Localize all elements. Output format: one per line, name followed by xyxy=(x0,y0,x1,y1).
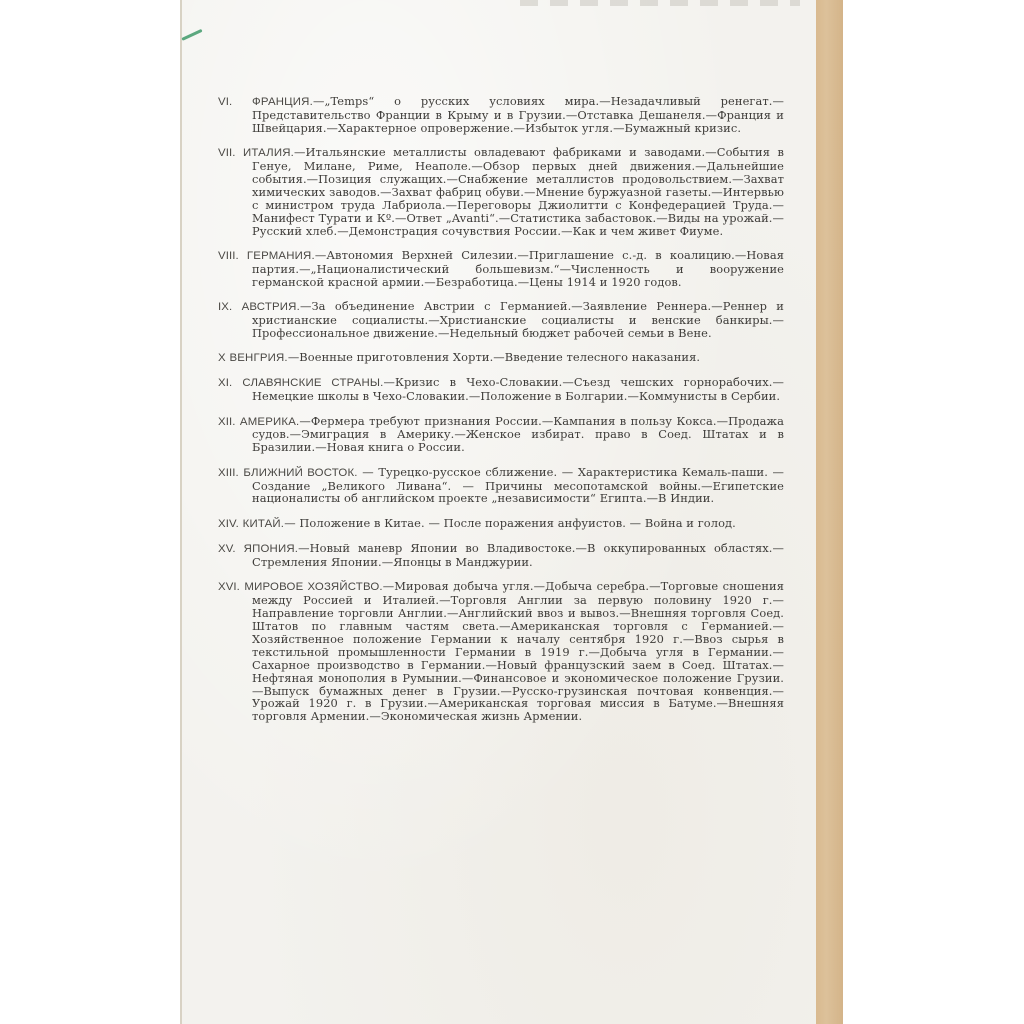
section-number: IX. xyxy=(218,301,232,313)
toc-entry-austria: IX. АВСТРИЯ.—За объединение Австрии с Ге… xyxy=(218,300,784,340)
section-number: XIII. xyxy=(218,467,239,479)
section-topics: —Фермера требуют признания России.—Кампа… xyxy=(252,414,784,455)
bleed-through-text xyxy=(520,0,800,6)
toc-entry-slavic-countries: XI. СЛАВЯНСКИЕ СТРАНЫ.—Кризис в Чехо-Сло… xyxy=(218,376,784,403)
toc-entry-china: XIV. КИТАЙ.— Положение в Китае. — После … xyxy=(218,517,784,531)
section-topics: —„Temps“ о русских условиях мира.—Незада… xyxy=(252,94,784,135)
section-title: СЛАВЯНСКИЕ СТРАНЫ. xyxy=(242,377,383,389)
section-topics: —Военные приготовления Хорти.—Введение т… xyxy=(288,350,700,364)
section-topics: —Новый маневр Японии во Владивостоке.—В … xyxy=(252,541,784,569)
section-title: ГЕРМАНИЯ. xyxy=(247,250,315,262)
section-number: XI. xyxy=(218,377,232,389)
section-title: АМЕРИКА. xyxy=(240,416,299,428)
page-edge xyxy=(180,0,182,1024)
toc-entry-hungary: X ВЕНГРИЯ.—Военные приготовления Хорти.—… xyxy=(218,351,784,365)
section-title: ВЕНГРИЯ. xyxy=(229,352,287,364)
toc-entry-america: XII. АМЕРИКА.—Фермера требуют признания … xyxy=(218,415,784,455)
section-topics: —Итальянские металлисты овладевают фабри… xyxy=(252,145,784,237)
section-topics: —Автономия Верхней Силезии.—Приглашение … xyxy=(252,248,784,289)
section-title: ИТАЛИЯ. xyxy=(243,147,294,159)
section-title: ФРАНЦИЯ. xyxy=(252,96,313,108)
section-topics: —Мировая добыча угля.—Добыча серебра.—То… xyxy=(252,579,784,723)
section-number: VII. xyxy=(218,147,236,159)
toc-entry-italy: VII. ИТАЛИЯ.—Итальянские металлисты овла… xyxy=(218,146,784,237)
section-title: МИРОВОЕ ХОЗЯЙСТВО. xyxy=(244,581,382,593)
section-number: X xyxy=(218,352,226,364)
toc-entry-near-east: XIII. БЛИЖНИЙ ВОСТОК. — Турецко-русское … xyxy=(218,466,784,506)
section-number: XIV. xyxy=(218,518,239,530)
toc-entry-world-economy: XVI. МИРОВОЕ ХОЗЯЙСТВО.—Мировая добыча у… xyxy=(218,580,784,723)
section-number: XV. xyxy=(218,543,236,555)
section-title: КИТАЙ. xyxy=(243,518,285,530)
section-topics: — Положение в Китае. — После поражения а… xyxy=(284,516,736,530)
scanned-page-stage: VI. ФРАНЦИЯ.—„Temps“ о русских условиях … xyxy=(0,0,1024,1024)
section-number: VI. xyxy=(218,96,232,108)
section-topics: —За объединение Австрии с Германией.—Зая… xyxy=(252,299,784,340)
section-title: ЯПОНИЯ. xyxy=(244,543,298,555)
toc-entry-japan: XV. ЯПОНИЯ.—Новый маневр Японии во Влади… xyxy=(218,542,784,569)
toc-entry-germany: VIII. ГЕРМАНИЯ.—Автономия Верхней Силези… xyxy=(218,249,784,289)
section-number: XII. xyxy=(218,416,236,428)
section-number: XVI. xyxy=(218,581,240,593)
cardboard-edge xyxy=(815,0,843,1024)
section-number: VIII. xyxy=(218,250,239,262)
section-title: АВСТРИЯ. xyxy=(242,301,300,313)
toc-entry-france: VI. ФРАНЦИЯ.—„Temps“ о русских условиях … xyxy=(218,95,784,135)
section-title: БЛИЖНИЙ ВОСТОК. xyxy=(243,467,357,479)
table-of-contents: VI. ФРАНЦИЯ.—„Temps“ о русских условиях … xyxy=(218,95,784,726)
